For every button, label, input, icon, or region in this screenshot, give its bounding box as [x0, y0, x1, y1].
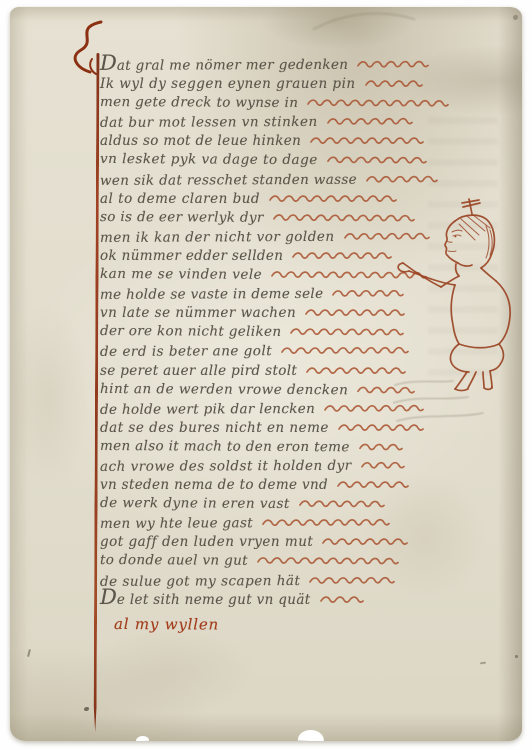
- line-text: vn lesket pyk va dage to dage: [100, 152, 318, 170]
- line-text: vn late se nümmer wachen: [100, 305, 296, 322]
- line-filler-squiggle: [361, 461, 413, 471]
- manuscript-line: aldus so mot de leue hinken: [100, 131, 500, 150]
- line-filler-squiggle: [320, 595, 372, 605]
- line-text: al to deme claren bud: [100, 191, 260, 208]
- line-filler-squiggle: [310, 136, 430, 146]
- line-text: got gaff den luden vryen mut: [100, 534, 313, 551]
- manuscript-line: got gaff den luden vryen mut: [100, 532, 500, 551]
- line-filler-squiggle: [292, 251, 404, 261]
- manuscript-line: men also it mach to den eron teme: [100, 436, 500, 457]
- line-text: al my wyllen: [114, 616, 219, 634]
- page-edge-notch: [298, 730, 324, 741]
- manuscript-line: ach vrowe des soldst it holden dyr: [100, 455, 500, 476]
- line-text: me holde se vaste in deme sele: [100, 286, 323, 304]
- line-text: Dat gral me nömer mer gedenken: [100, 55, 348, 75]
- line-text: se peret auer alle pird stolt: [100, 363, 297, 380]
- line-filler-squiggle: [322, 537, 410, 547]
- line-filler-squiggle: [365, 79, 423, 89]
- line-text: wen sik dat resschet standen wasse: [100, 171, 357, 189]
- initial-capital: D: [100, 51, 117, 75]
- line-filler-squiggle: [307, 98, 455, 109]
- line-text: men ik kan der nicht vor golden: [100, 229, 335, 247]
- line-text: der ore kon nicht geliken: [100, 323, 281, 341]
- line-filler-squiggle: [366, 174, 438, 184]
- line-filler-squiggle: [337, 480, 409, 490]
- ink-blemish: [480, 662, 486, 665]
- line-filler-squiggle: [299, 499, 391, 509]
- line-text: dat bur mot lessen vn stinken: [100, 114, 318, 132]
- manuscript-line: to donde auel vn gut: [100, 550, 500, 571]
- line-filler-squiggle: [357, 59, 437, 69]
- line-text: ach vrowe des soldst it holden dyr: [100, 458, 352, 476]
- line-text: de holde wert pik dar lencken: [100, 401, 315, 419]
- line-filler-squiggle: [309, 575, 405, 585]
- line-filler-squiggle: [257, 556, 403, 567]
- line-text: so is de eer werlyk dyr: [100, 209, 264, 227]
- line-text: aldus so mot de leue hinken: [100, 133, 301, 150]
- manuscript-line: dat bur mot lessen vn stinken: [100, 111, 500, 132]
- ink-blemish: [513, 15, 518, 20]
- bleed-through-squiggles: [393, 375, 493, 430]
- ink-blemish: [515, 655, 518, 658]
- line-filler-squiggle: [327, 117, 419, 127]
- rubric-line: al my wyllen: [114, 614, 500, 635]
- manuscript-line: Dat gral me nömer mer gedenken: [100, 54, 500, 75]
- line-text: vn steden nema de to deme vnd: [100, 477, 328, 494]
- line-text: dat se des bures nicht en neme: [100, 420, 329, 437]
- line-text: men also it mach to den eron teme: [100, 438, 350, 456]
- line-text: men gete dreck to wynse in: [100, 94, 298, 112]
- top-edge-ghost-mark: [310, 7, 450, 37]
- line-filler-squiggle: [359, 442, 415, 452]
- line-text: ok nümmer edder sellden: [100, 248, 283, 265]
- manuscript-line: De let sith neme gut vn quät: [100, 590, 500, 609]
- line-filler-squiggle: [327, 156, 435, 167]
- line-text: hint an de werden vrowe dencken: [100, 381, 348, 399]
- head-cross-icon: [462, 199, 480, 214]
- manuscript-line: de werk dyne in eren vast: [100, 493, 500, 514]
- line-text: De let sith neme gut vn quät: [100, 590, 311, 609]
- line-text: de erd is beter ane golt: [100, 344, 272, 362]
- line-text: Ik wyl dy seggen eynen grauen pin: [100, 76, 356, 93]
- manuscript-line: wen sik dat resschet standen wasse: [100, 169, 500, 190]
- line-text: de werk dyne in eren vast: [100, 495, 290, 513]
- manuscript-page: Dat gral me nömer mer gedenkenIk wyl dy …: [10, 7, 522, 741]
- manuscript-line: de sulue got my scapen hät: [100, 570, 500, 591]
- marginal-figure-illustration: [393, 195, 522, 395]
- manuscript-photo: Dat gral me nömer mer gedenkenIk wyl dy …: [0, 0, 532, 750]
- manuscript-line: vn lesket pyk va dage to dage: [100, 149, 500, 170]
- manuscript-line: Ik wyl dy seggen eynen grauen pin: [100, 74, 500, 93]
- ink-blemish: [84, 707, 89, 711]
- page-edge-notch: [136, 736, 149, 741]
- line-filler-squiggle: [269, 194, 397, 204]
- ink-blemish: [27, 649, 31, 657]
- manuscript-line: men gete dreck to wynse in: [100, 92, 500, 113]
- line-text: to donde auel vn gut: [100, 552, 248, 570]
- red-margin-rule: [94, 53, 100, 732]
- manuscript-line: vn steden nema de to deme vnd: [100, 475, 500, 494]
- manuscript-line: men wy hte leue gast: [100, 512, 500, 533]
- line-text: de sulue got my scapen hät: [100, 573, 300, 591]
- line-text: men wy hte leue gast: [100, 516, 253, 534]
- line-text: kan me se vinden vele: [100, 266, 262, 284]
- line-filler-squiggle: [262, 518, 394, 529]
